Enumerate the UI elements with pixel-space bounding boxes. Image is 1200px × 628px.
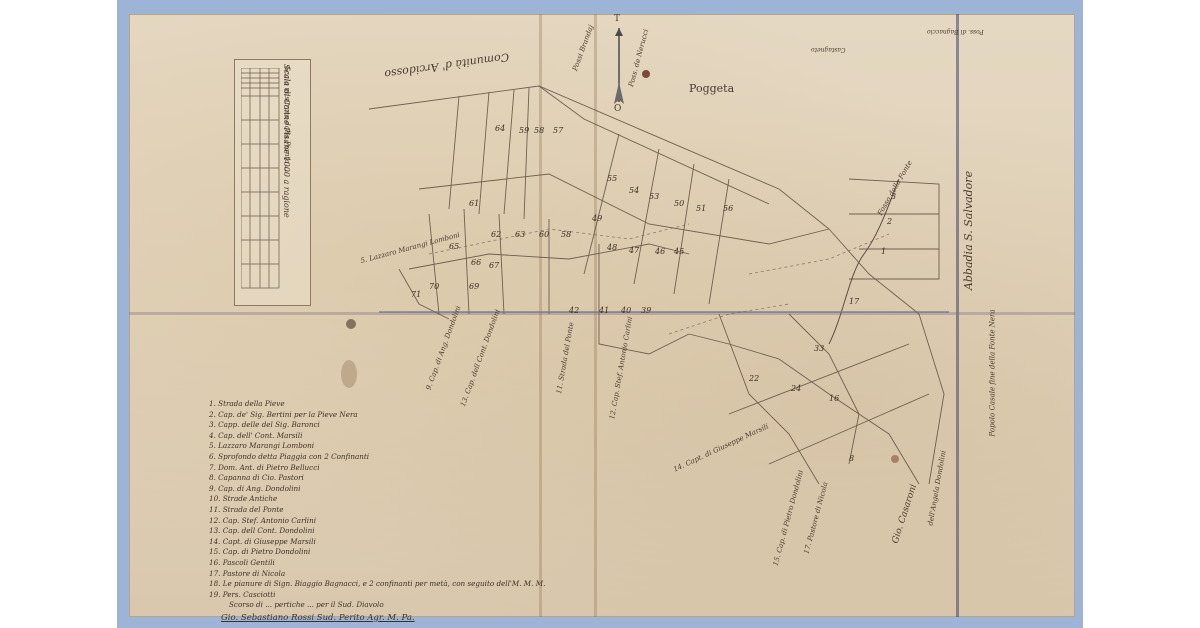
parcel-number: 47 (629, 246, 639, 255)
label-abbadia-s-salvadore: Abbadia S. Salvadore (962, 171, 975, 290)
north-arrow-icon: T O (612, 14, 626, 124)
parcel-number: 49 (592, 214, 602, 223)
parcel-number: 69 (469, 282, 479, 291)
parcel-number: 60 (539, 230, 549, 239)
legend-item: 1. Strada della Pieve (209, 399, 539, 410)
parcel-number: 51 (696, 204, 706, 213)
surveyor-signature: Gio. Sebastiano Rossi Sud. Perito Agr. M… (209, 613, 539, 624)
legend-item: 3. Capp. delle del Sig. Baronci (209, 420, 539, 431)
legend-item: 15. Cap. di Pietro Dondolini (209, 547, 539, 558)
parcel-number: 22 (749, 374, 759, 383)
legend-item: 6. Sprofondo detta Piaggia con 2 Confina… (209, 452, 539, 463)
parcel-number: 24 (791, 384, 801, 393)
parcel-number: 70 (429, 282, 439, 291)
parcel-number: 17 (849, 297, 859, 306)
parcel-number: 58 (561, 230, 571, 239)
parcel-number: 1 (881, 247, 886, 256)
compass-south-label: O (614, 104, 621, 114)
parcel-number: 62 (491, 230, 501, 239)
parcel-number: 65 (449, 242, 459, 251)
label-popolo-casale: Popolo Casale fine della Fonte Nera (989, 309, 997, 436)
ink-stain (642, 70, 650, 78)
parcel-number: 50 (674, 199, 684, 208)
scale-bar: Scala di Canne Pisane 1000 a ragione Sca… (234, 59, 311, 306)
legend-footer: Scorso di ... pertiche ... per il Sud. D… (209, 600, 539, 611)
legend-item: 8. Capanna di Cio. Pastori (209, 473, 539, 484)
scale-subtitle: Scala misurata dalla Pianta ... (283, 66, 291, 172)
parcel-number: 64 (495, 124, 505, 133)
legend-item: 18. Le pianure di Sign. Biaggio Bagnacci… (209, 579, 539, 590)
parcel-number: 61 (469, 199, 479, 208)
parcel-number: 40 (621, 306, 631, 315)
legend-item: 9. Cap. di Ang. Dondolini (209, 484, 539, 495)
legend-item: 11. Strada del Ponte (209, 505, 539, 516)
parcel-number: 16 (829, 394, 839, 403)
label-top-right: Poss. di Bagnaccio (927, 28, 984, 35)
parcel-number: 71 (411, 290, 421, 299)
parcel-number: 55 (607, 174, 617, 183)
legend-item: 5. Lazzaro Marangi Lomboni (209, 441, 539, 452)
legend: 1. Strada della Pieve 2. Cap. de' Sig. B… (209, 399, 539, 623)
legend-item: 2. Cap. de' Sig. Bertini per la Pieve Ne… (209, 410, 539, 421)
parcel-number: 2 (887, 217, 892, 226)
legend-item: 19. Pers. Casciotti (209, 590, 539, 601)
legend-item: 13. Cap. dell Cont. Dondolini (209, 526, 539, 537)
parcel-number: 33 (814, 344, 824, 353)
legend-item: 10. Strade Antiche (209, 494, 539, 505)
parcel-number: 57 (553, 126, 563, 135)
parcel-number: 3 (891, 192, 896, 201)
parcel-number: 48 (607, 243, 617, 252)
parcel-number: 45 (674, 247, 684, 256)
legend-item: 14. Capt. di Giuseppe Marsili (209, 537, 539, 548)
parcel-number: 41 (599, 306, 609, 315)
legend-item: 17. Pastore di Nicola (209, 569, 539, 580)
legend-item: 4. Cap. dell' Cont. Marsili (209, 431, 539, 442)
parcel-number: 42 (569, 306, 579, 315)
parcel-number: 58 (534, 126, 544, 135)
legend-item: 16. Pascoli Gentili (209, 558, 539, 569)
parcel-number: 67 (489, 261, 499, 270)
label-castagneto: Castagneto (811, 46, 846, 53)
legend-item: 12. Cap. Stef. Antonio Carlini (209, 516, 539, 527)
parcel-number: 53 (649, 192, 659, 201)
map-sheet: T O Scala di Canne Pisane 1000 a ragione… (129, 14, 1075, 617)
parcel-number: 54 (629, 186, 639, 195)
parcel-number: 63 (515, 230, 525, 239)
parcel-number: 46 (655, 247, 665, 256)
parcel-number: 8 (849, 454, 854, 463)
parcel-number: 66 (471, 258, 481, 267)
parcel-number: 56 (723, 204, 733, 213)
parcel-number: 39 (641, 306, 651, 315)
legend-item: 7. Dom. Ant. di Pietro Bellucci (209, 463, 539, 474)
parcel-number: 59 (519, 126, 529, 135)
label-poggeta: Poggeta (689, 82, 734, 95)
